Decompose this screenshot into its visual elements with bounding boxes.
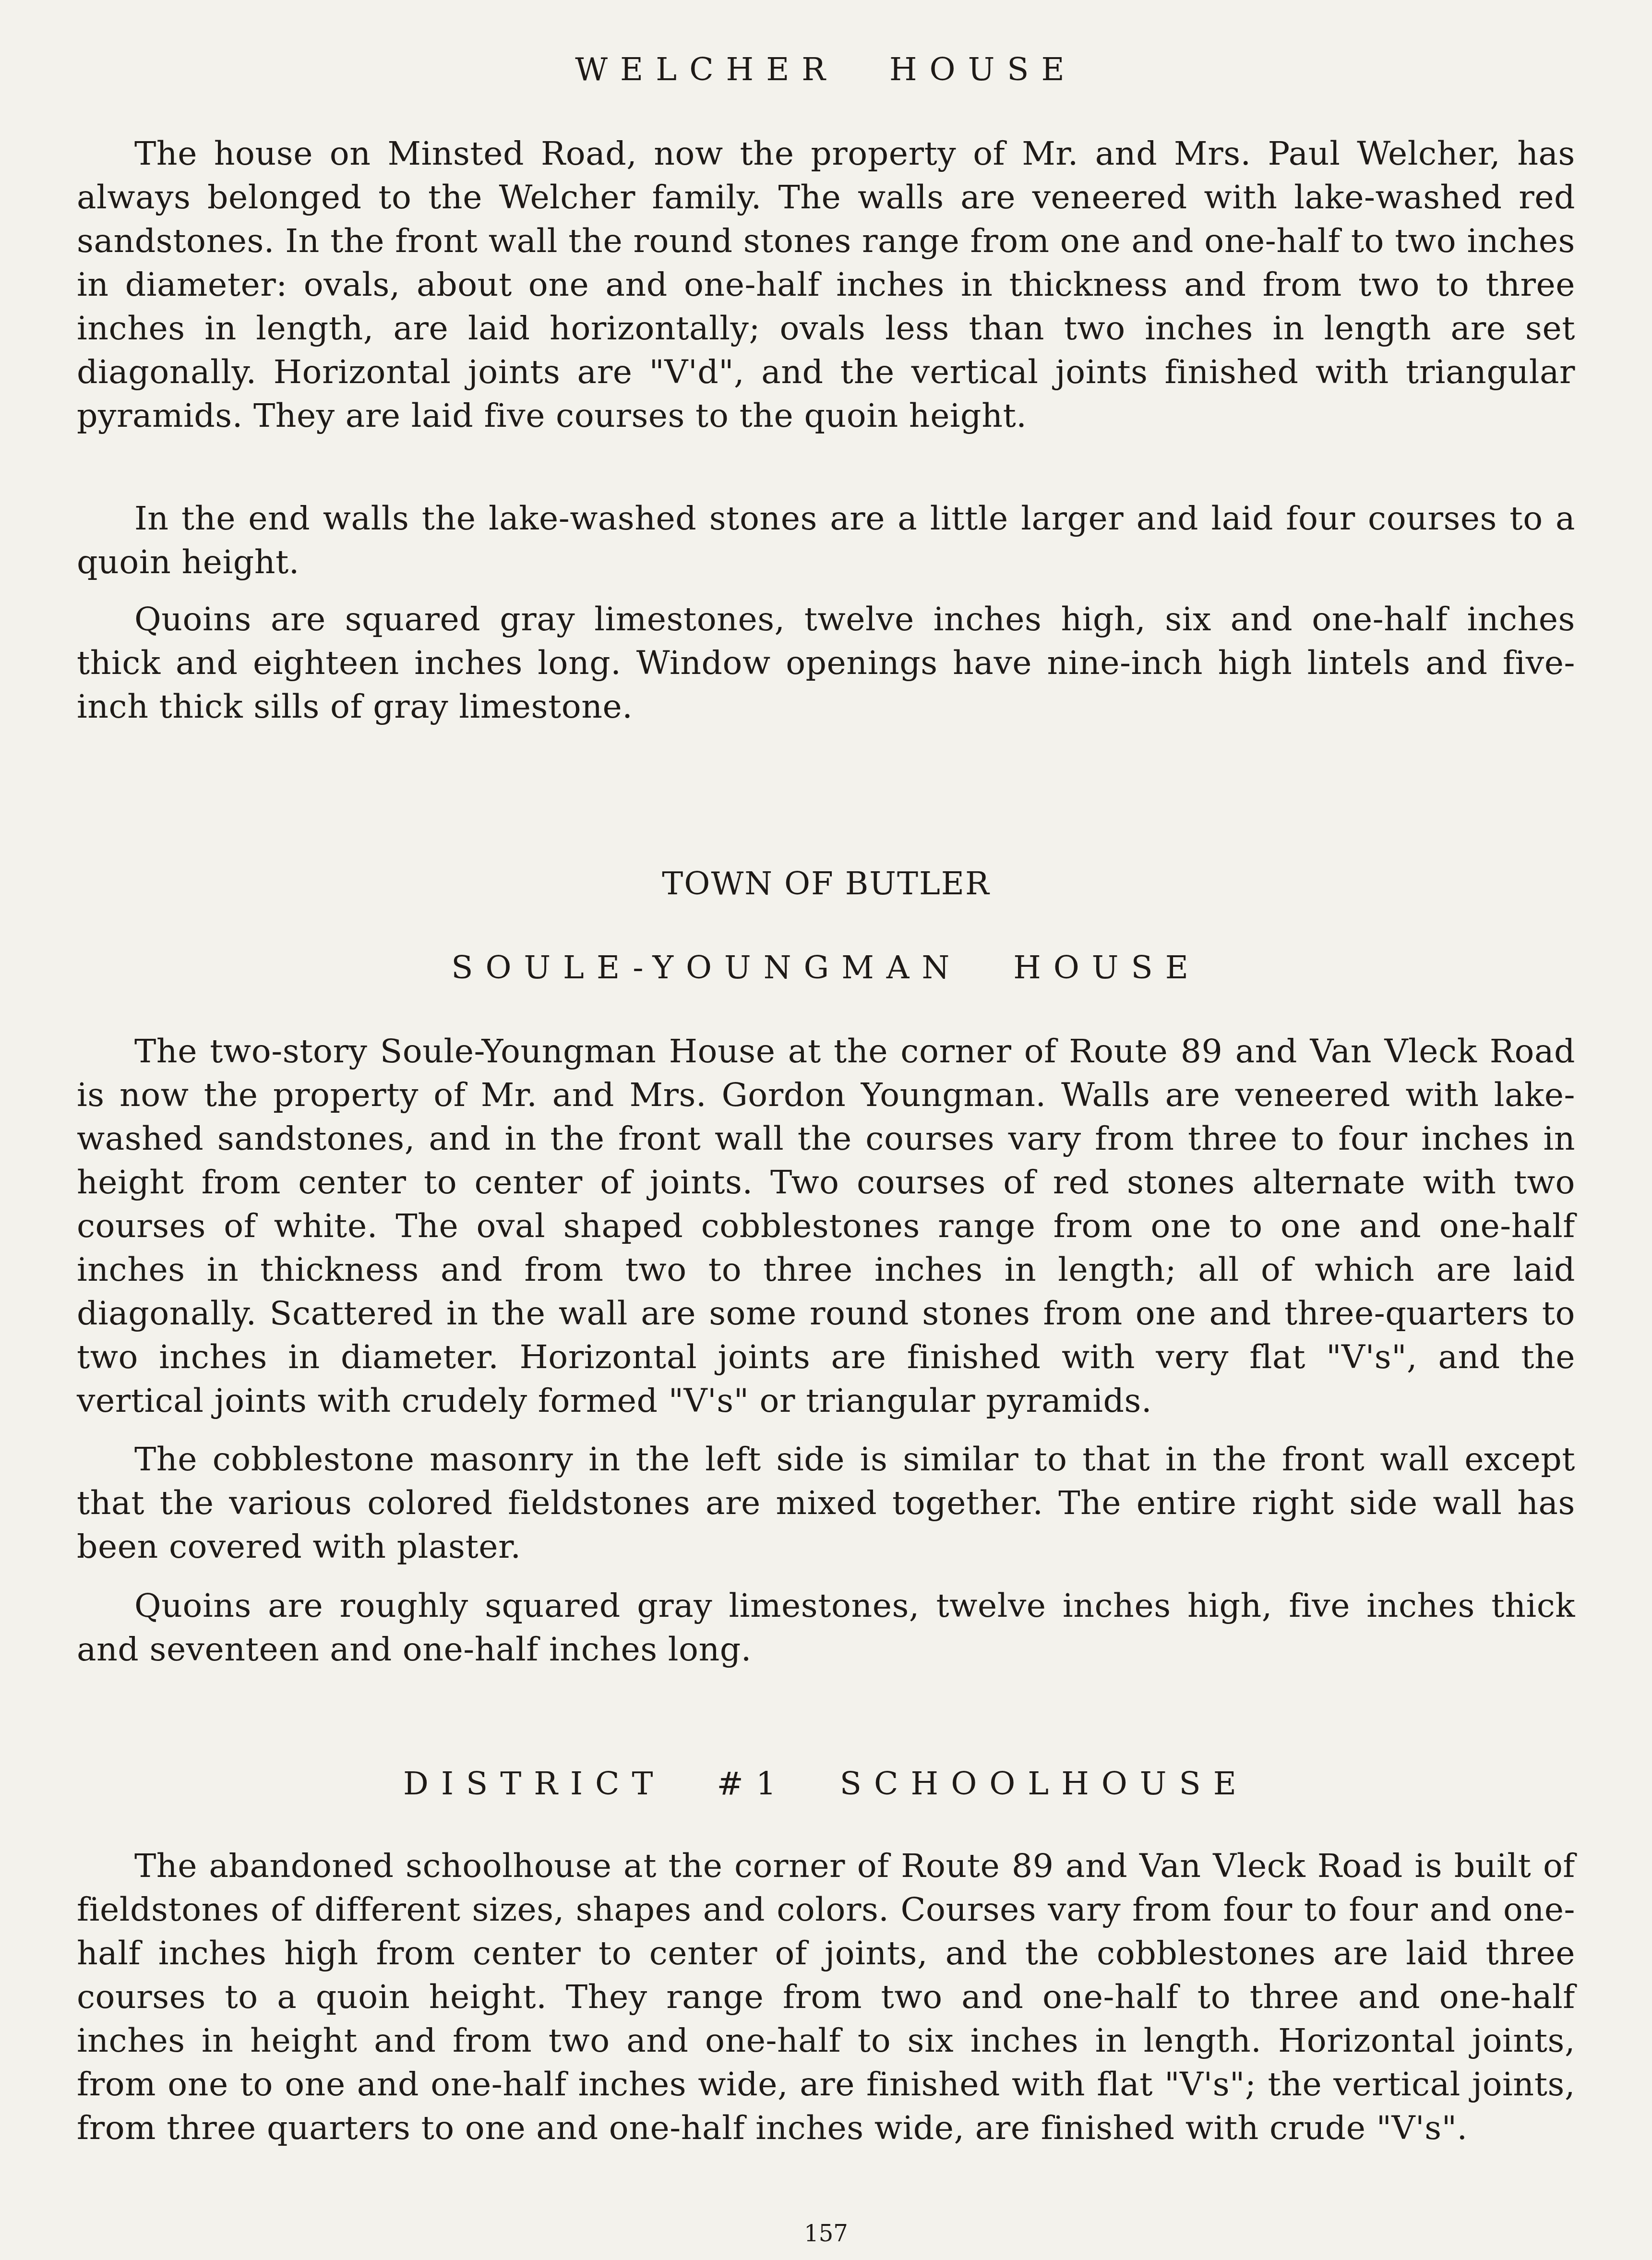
paragraph: Quoins are roughly squared gray limeston… [77,1584,1575,1671]
section-title-soule-youngman-house: SOULE-YOUNGMAN HOUSE [77,952,1575,984]
paragraph: The cobblestone masonry in the left side… [77,1438,1575,1569]
paragraph: The house on Minsted Road, now the prope… [77,132,1575,438]
paragraph: The two-story Soule-Youngman House at th… [77,1030,1575,1423]
paragraph: In the end walls the lake-washed stones … [77,497,1575,584]
town-heading-butler: TOWN OF BUTLER [77,868,1575,900]
paragraph: The abandoned schoolhouse at the corner … [77,1844,1575,2150]
paragraph: Quoins are squared gray limestones, twel… [77,598,1575,729]
page-number: 157 [0,2220,1652,2247]
section-title-welcher-house: WELCHER HOUSE [77,54,1575,85]
section-title-district-1-schoolhouse: DISTRICT #1 SCHOOLHOUSE [77,1768,1575,1800]
